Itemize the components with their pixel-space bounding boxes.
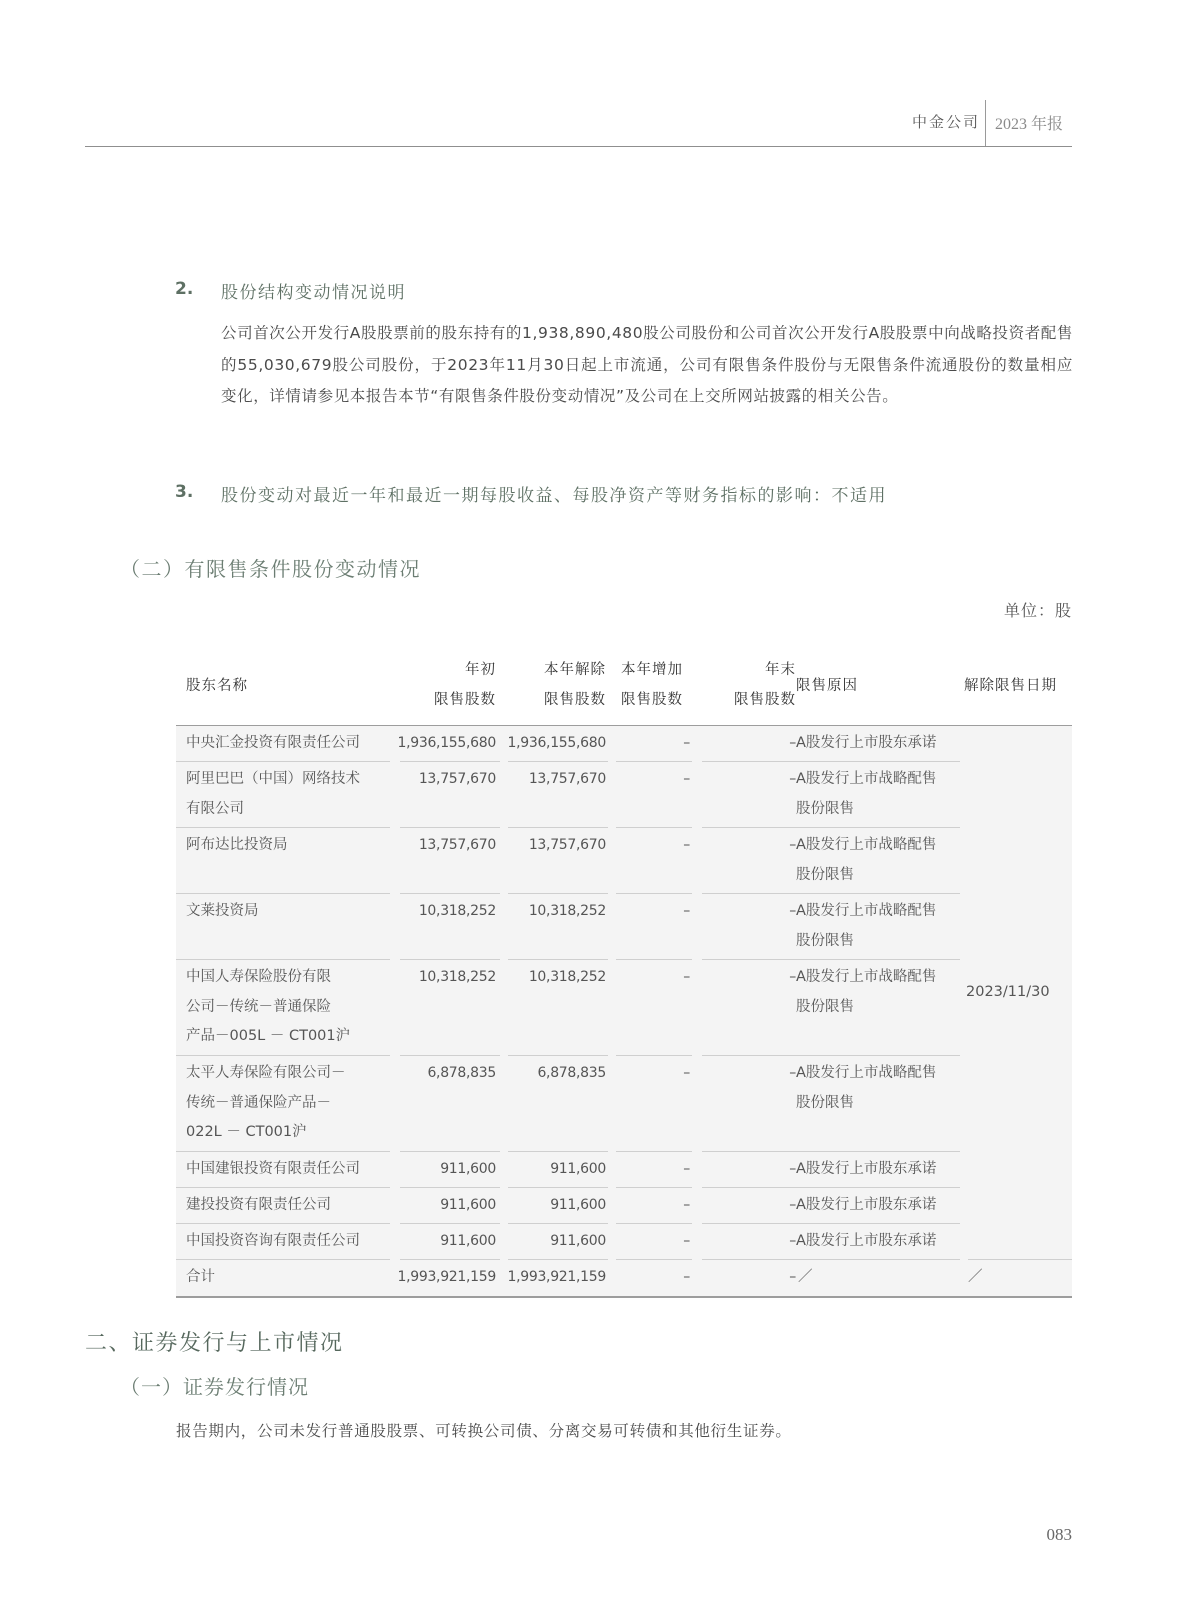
cell-reason: A股发行上市股东承诺 (796, 729, 936, 759)
cell-begin: 6,878,835 (396, 1059, 496, 1089)
cell-end: – (706, 1155, 796, 1185)
cell-released: 6,878,835 (506, 1059, 606, 1089)
cell-released: 10,318,252 (506, 963, 606, 993)
cell-total-added: – (616, 1263, 690, 1293)
cell-end: – (706, 831, 796, 861)
cell-name: 中国投资咨询有限责任公司 (186, 1227, 360, 1257)
cell-end: – (706, 897, 796, 927)
item2-paragraph: 公司首次公开发行A股股票前的股东持有的1,938,890,480股公司股份和公司… (221, 318, 1073, 413)
section2-title: 二、证券发行与上市情况 (85, 1326, 344, 1357)
cell-name: 建投投资有限责任公司 (186, 1191, 331, 1221)
cell-reason: A股发行上市战略配售 股份限售 (796, 765, 936, 824)
table-bottom-rule (176, 1296, 1072, 1298)
cell-reason: A股发行上市战略配售 股份限售 (796, 897, 936, 956)
cell-total-reason: ／ (798, 1263, 813, 1293)
cell-released: 911,600 (506, 1155, 606, 1185)
cell-released: 13,757,670 (506, 831, 606, 861)
table-row: 阿里巴巴（中国）网络技术 有限公司 13,757,670 13,757,670 … (176, 762, 1072, 828)
item2-number: 2. (175, 279, 193, 299)
table-row: 文莱投资局 10,318,252 10,318,252 – – A股发行上市战略… (176, 894, 1072, 960)
th-begin-1: 年初 (396, 656, 496, 685)
th-added-1: 本年增加 (621, 656, 683, 685)
cell-end: – (706, 765, 796, 795)
cell-released: 911,600 (506, 1191, 606, 1221)
table-row: 中国建银投资有限责任公司 911,600 911,600 – – A股发行上市股… (176, 1152, 1072, 1188)
th-released-2: 限售股数 (506, 686, 606, 715)
cell-added: – (616, 765, 690, 795)
cell-end: – (706, 963, 796, 993)
cell-reason: A股发行上市战略配售 股份限售 (796, 963, 936, 1022)
cell-end: – (706, 1227, 796, 1257)
cell-added: – (616, 1059, 690, 1089)
header-rule (85, 146, 1072, 147)
unit-label: 单位：股 (1004, 598, 1072, 621)
cell-name: 中国建银投资有限责任公司 (186, 1155, 360, 1185)
cell-released: 13,757,670 (506, 765, 606, 795)
section2-text: 报告期内，公司未发行普通股股票、可转换公司债、分离交易可转债和其他衍生证券。 (176, 1419, 792, 1441)
header-year-label: 2023 年报 (995, 111, 1063, 134)
restricted-section-title: （二）有限售条件股份变动情况 (120, 553, 421, 582)
th-end-2: 限售股数 (696, 686, 796, 715)
cell-begin: 1,936,155,680 (396, 729, 496, 759)
table-row: 中国人寿保险股份有限 公司－传统－普通保险 产品－005L － CT001沪 1… (176, 960, 1072, 1056)
cell-added: – (616, 1155, 690, 1185)
cell-end: – (706, 1191, 796, 1221)
cell-reason: A股发行上市股东承诺 (796, 1191, 936, 1221)
cell-begin: 13,757,670 (396, 765, 496, 795)
th-name: 股东名称 (186, 672, 248, 701)
item3-number: 3. (175, 482, 193, 502)
cell-added: – (616, 729, 690, 759)
table-total-row: 合计 1,993,921,159 1,993,921,159 – – ／ ／ (176, 1260, 1072, 1296)
cell-begin: 13,757,670 (396, 831, 496, 861)
cell-total-begin: 1,993,921,159 (396, 1263, 496, 1293)
th-release-date: 解除限售日期 (964, 672, 1057, 701)
cell-name: 阿布达比投资局 (186, 831, 288, 861)
cell-begin: 10,318,252 (396, 897, 496, 927)
cell-name: 太平人寿保险有限公司－ 传统－普通保险产品－ 022L － CT001沪 (186, 1059, 346, 1148)
table-header: 股东名称 年初 限售股数 本年解除 限售股数 本年增加 限售股数 年末 限售股数… (176, 648, 1072, 725)
section2-subtitle: （一）证券发行情况 (120, 1371, 309, 1400)
cell-name: 阿里巴巴（中国）网络技术 有限公司 (186, 765, 360, 824)
cell-begin: 911,600 (396, 1227, 496, 1257)
cell-added: – (616, 963, 690, 993)
cell-total-released: 1,993,921,159 (506, 1263, 606, 1293)
cell-reason: A股发行上市战略配售 股份限售 (796, 831, 936, 890)
th-begin-2: 限售股数 (396, 686, 496, 715)
item2-title: 股份结构变动情况说明 (221, 278, 406, 303)
th-released-1: 本年解除 (506, 656, 606, 685)
cell-end: – (706, 729, 796, 759)
cell-released: 1,936,155,680 (506, 729, 606, 759)
cell-total-end: – (706, 1263, 796, 1293)
table-body: 中央汇金投资有限责任公司 1,936,155,680 1,936,155,680… (176, 726, 1072, 1296)
cell-reason: A股发行上市战略配售 股份限售 (796, 1059, 936, 1118)
cell-added: – (616, 897, 690, 927)
cell-reason: A股发行上市股东承诺 (796, 1155, 936, 1185)
cell-released: 10,318,252 (506, 897, 606, 927)
table-row: 中央汇金投资有限责任公司 1,936,155,680 1,936,155,680… (176, 726, 1072, 762)
cell-release-date-merged: 2023/11/30 (966, 978, 1050, 1008)
table-row: 阿布达比投资局 13,757,670 13,757,670 – – A股发行上市… (176, 828, 1072, 894)
table-row: 中国投资咨询有限责任公司 911,600 911,600 – – A股发行上市股… (176, 1224, 1072, 1260)
table-row: 建投投资有限责任公司 911,600 911,600 – – A股发行上市股东承… (176, 1188, 1072, 1224)
th-end-1: 年末 (696, 656, 796, 685)
cell-end: – (706, 1059, 796, 1089)
table-row: 太平人寿保险有限公司－ 传统－普通保险产品－ 022L － CT001沪 6,8… (176, 1056, 1072, 1152)
cell-added: – (616, 1227, 690, 1257)
cell-name: 文莱投资局 (186, 897, 259, 927)
header-company: 中金公司 (912, 111, 980, 132)
cell-begin: 10,318,252 (396, 963, 496, 993)
header-divider (985, 100, 986, 147)
cell-released: 911,600 (506, 1227, 606, 1257)
th-reason: 限售原因 (796, 672, 858, 701)
cell-begin: 911,600 (396, 1191, 496, 1221)
th-added-2: 限售股数 (621, 686, 683, 715)
item3-title: 股份变动对最近一年和最近一期每股收益、每股净资产等财务指标的影响：不适用 (221, 481, 887, 506)
cell-name: 中国人寿保险股份有限 公司－传统－普通保险 产品－005L － CT001沪 (186, 963, 350, 1052)
cell-reason: A股发行上市股东承诺 (796, 1227, 936, 1257)
cell-name: 中央汇金投资有限责任公司 (186, 729, 360, 759)
cell-total-release-date: ／ (968, 1263, 983, 1293)
cell-added: – (616, 1191, 690, 1221)
cell-added: – (616, 831, 690, 861)
page-number: 083 (1047, 1525, 1073, 1545)
cell-begin: 911,600 (396, 1155, 496, 1185)
cell-total-label: 合计 (186, 1263, 215, 1293)
